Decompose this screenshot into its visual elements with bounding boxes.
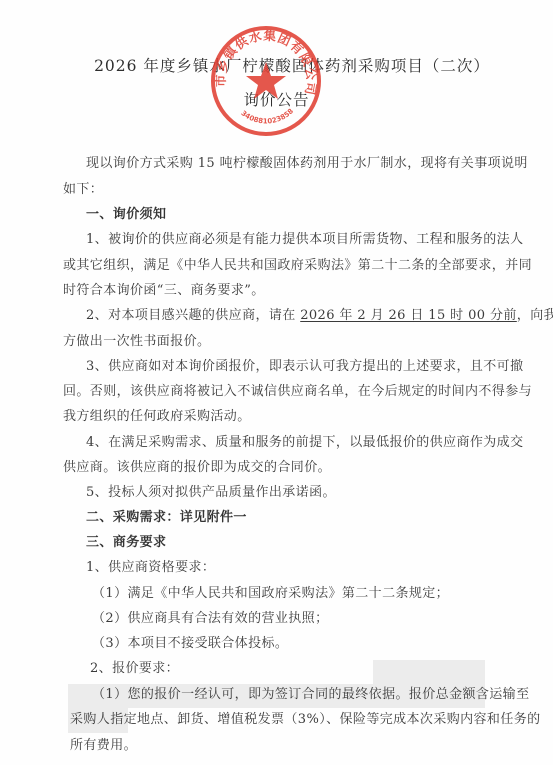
paragraph-line: 回。否则，该供应商将被记入不诚信供应商名单，在今后规定的时间内不得参与 <box>63 380 532 399</box>
document-page: 2026 年度乡镇水厂柠檬酸固体药剂采购项目（二次） 询价公告 市乡镇供水集团有… <box>0 0 553 765</box>
paragraph-line: 1、被询价的供应商必须是有能力提供本项目所需货物、工程和服务的法人 <box>86 228 523 247</box>
paragraph-line: 所有费用。 <box>70 734 137 753</box>
req2-text: （1）您的报价一经认可，即为签订合同的最终依据。 <box>92 687 409 702</box>
paragraph-line: （1）满足《中华人民共和国政府采购法》第二十二条规定； <box>92 582 449 601</box>
item2-suffix: ，向我 <box>517 308 553 323</box>
paragraph-line: 3、供应商如对本询价函报价，即表示认可我方提出的上述要求，且不可撤 <box>86 355 523 374</box>
paragraph-line: 1、供应商资格要求： <box>86 556 215 575</box>
document-subtitle: 询价公告 <box>0 88 553 110</box>
official-seal-icon: 市乡镇供水集团有限公司 3408810238580 <box>209 24 323 138</box>
deadline-text: 2026 年 2 月 26 日 15 时 00 分前 <box>300 308 517 323</box>
intro-line: 如下： <box>63 178 103 197</box>
paragraph-line: 方做出一次性书面报价。 <box>63 330 210 349</box>
item2-prefix: 2、对本项目感兴趣的供应商，请在 <box>86 308 300 323</box>
section-heading: 三、商务要求 <box>86 531 166 550</box>
document-title: 2026 年度乡镇水厂柠檬酸固体药剂采购项目（二次） <box>32 54 552 76</box>
paragraph-line: 采购人指定地点、卸货、增值税发票（3%）、保险等完成本次采购内容和任务的 <box>70 708 541 727</box>
section-heading: 一、询价须知 <box>86 203 166 222</box>
section-heading: 二、采购需求：详见附件一 <box>86 506 247 525</box>
paragraph-line: 我方组织的任何政府采购活动。 <box>63 405 251 424</box>
paragraph-line: （2）供应商具有合法有效的营业执照； <box>92 607 328 626</box>
paragraph-line: 4、在满足采购需求、质量和服务的前提下，以最低报价的供应商作为成交 <box>86 431 523 450</box>
paragraph-line: （1）您的报价一经认可，即为签订合同的最终依据。报价总金额含运输至 <box>92 683 529 702</box>
paragraph-line: 供应商。该供应商的报价即为成交的合同价。 <box>63 456 331 475</box>
paragraph-line: 2、报价要求： <box>90 657 179 676</box>
paragraph-line: （3）本项目不接受联合体投标。 <box>92 632 288 651</box>
paragraph-line: 时符合本询价函“三、商务要求”。 <box>63 279 265 298</box>
paragraph-line: 5、投标人须对拟供产品质量作出承诺函。 <box>86 481 336 500</box>
intro-line: 现以询价方式采购 15 吨柠檬酸固体药剂用于水厂制水，现将有关事项说明 <box>86 152 528 171</box>
req2-highlighted-text: 报价总金额含运输至 <box>409 687 530 702</box>
paragraph-line: 或其它组织，满足《中华人民共和国政府采购法》第二十二条的全部要求，并同 <box>63 254 532 273</box>
paragraph-line: 2、对本项目感兴趣的供应商，请在 2026 年 2 月 26 日 15 时 00… <box>86 304 553 323</box>
